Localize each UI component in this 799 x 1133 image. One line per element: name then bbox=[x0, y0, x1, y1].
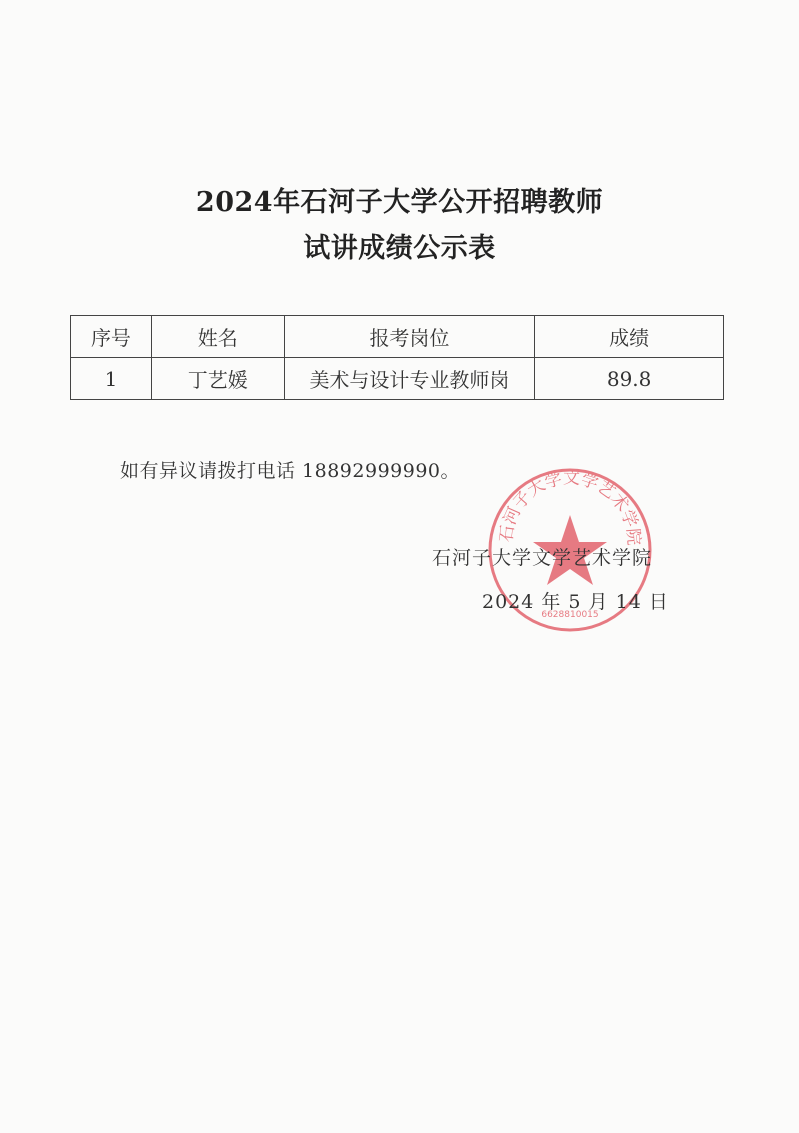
document-title-line1: 2024年石河子大学公开招聘教师 bbox=[0, 180, 799, 219]
cell-name: 丁艺媛 bbox=[151, 358, 284, 400]
header-name: 姓名 bbox=[151, 316, 284, 358]
objection-notice: 如有异议请拨打电话 18892999990。 bbox=[120, 456, 460, 483]
table-row: 1 丁艺媛 美术与设计专业教师岗 89.8 bbox=[71, 358, 724, 400]
cell-score: 89.8 bbox=[535, 358, 724, 400]
header-score: 成绩 bbox=[535, 316, 724, 358]
header-index: 序号 bbox=[71, 316, 152, 358]
cell-index: 1 bbox=[71, 358, 152, 400]
cell-position: 美术与设计专业教师岗 bbox=[284, 358, 535, 400]
header-position: 报考岗位 bbox=[284, 316, 535, 358]
issuing-organization: 石河子大学文学艺术学院 bbox=[432, 543, 652, 570]
table-header-row: 序号 姓名 报考岗位 成绩 bbox=[71, 316, 724, 358]
scores-table: 序号 姓名 报考岗位 成绩 1 丁艺媛 美术与设计专业教师岗 89.8 bbox=[70, 315, 724, 400]
issue-date: 2024 年 5 月 14 日 bbox=[482, 587, 669, 614]
document-title-line2: 试讲成绩公示表 bbox=[0, 226, 799, 265]
